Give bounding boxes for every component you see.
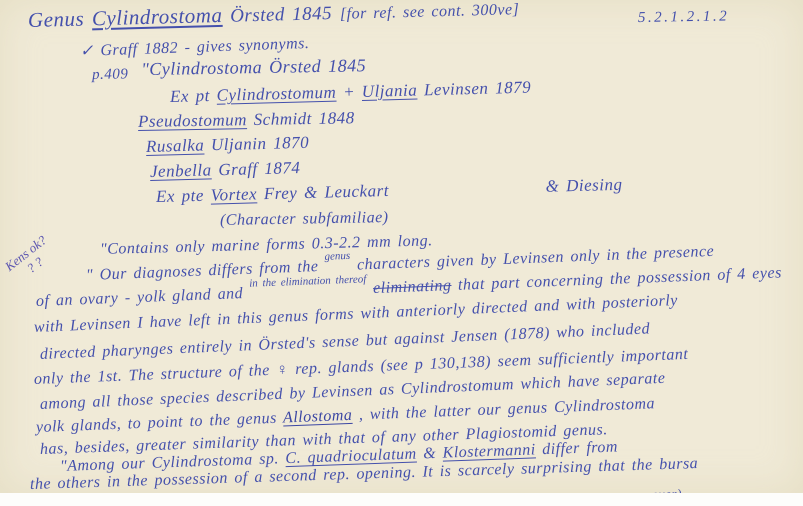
plus-sign: +: [343, 82, 355, 101]
synonym-line-3: Rusalka Uljanin 1870: [146, 133, 310, 157]
source-check-text: Graff 1882 - gives synonyms.: [100, 35, 310, 59]
synonym-author: Schmidt 1848: [254, 108, 355, 129]
species-mention: Klostermanni: [442, 441, 536, 461]
checkmark-icon: ✓: [80, 43, 94, 60]
ampersand: &: [423, 445, 437, 462]
synonym-author: Levinsen 1879: [424, 78, 532, 100]
synonym-name: Uljania: [362, 81, 418, 101]
reference-note: [for ref. see cont. 300ve]: [340, 1, 520, 23]
card-paper: Genus Cylindrostoma Örsted 1845 [for ref…: [0, 0, 803, 493]
synonym-name: Pseudostomum: [138, 110, 247, 131]
genus-label: Genus: [28, 7, 85, 32]
synonym-extra-author: & Diesing: [545, 175, 622, 196]
synonym-name: Rusalka: [146, 135, 205, 156]
inserted-word: genus: [324, 250, 350, 263]
paragraph-text: , with the latter our genus Cylindrostom…: [359, 395, 656, 423]
paragraph-text: of an ovary - yolk gland and: [36, 285, 244, 310]
synonym-name: Cylindrostomum: [216, 83, 336, 105]
page-ref-line: p.409 "Cylindrostoma Örsted 1845: [92, 55, 366, 81]
synonym-line-1: Ex pt Cylindrostomum + Uljania Levinsen …: [170, 78, 532, 107]
quoted-genus-title: "Cylindrostoma Örsted 1845: [141, 55, 366, 79]
scan-edge-strip: [0, 493, 803, 506]
struck-word: eliminating: [373, 277, 452, 297]
synonym-author: Uljanin 1870: [211, 133, 310, 155]
genus-mention: Allostoma: [283, 407, 353, 427]
card-title-line: Genus Cylindrostoma Örsted 1845 [for ref…: [28, 0, 520, 33]
synonym-prefix: Ex pt: [170, 86, 210, 106]
synonym-name: Vortex: [210, 184, 257, 204]
synonym-line-2: Pseudostomum Schmidt 1848: [138, 108, 355, 132]
synonym-name: Jenbella: [150, 160, 212, 181]
synonym-author: Graff 1874: [218, 158, 301, 179]
synonym-line-4: Jenbella Graff 1874: [150, 158, 301, 182]
margin-annotation: Kens ok? ? ?: [2, 232, 58, 285]
page-number: p.409: [92, 66, 129, 83]
paragraph-text: differ from: [542, 439, 618, 459]
genus-name: Cylindrostoma: [92, 3, 223, 30]
catalog-code: 5.2.1.2.1.2: [638, 8, 730, 27]
subfamily-note: (Character subfamiliae): [220, 209, 389, 230]
genus-authority: Örsted 1845: [230, 3, 332, 27]
paragraph-text: yolk glands, to point to the genus: [36, 410, 277, 436]
synonym-prefix: Ex pte: [156, 186, 204, 206]
scanned-index-card: Genus Cylindrostoma Örsted 1845 [for ref…: [0, 0, 803, 506]
synonym-author: Frey & Leuckart: [264, 181, 390, 203]
